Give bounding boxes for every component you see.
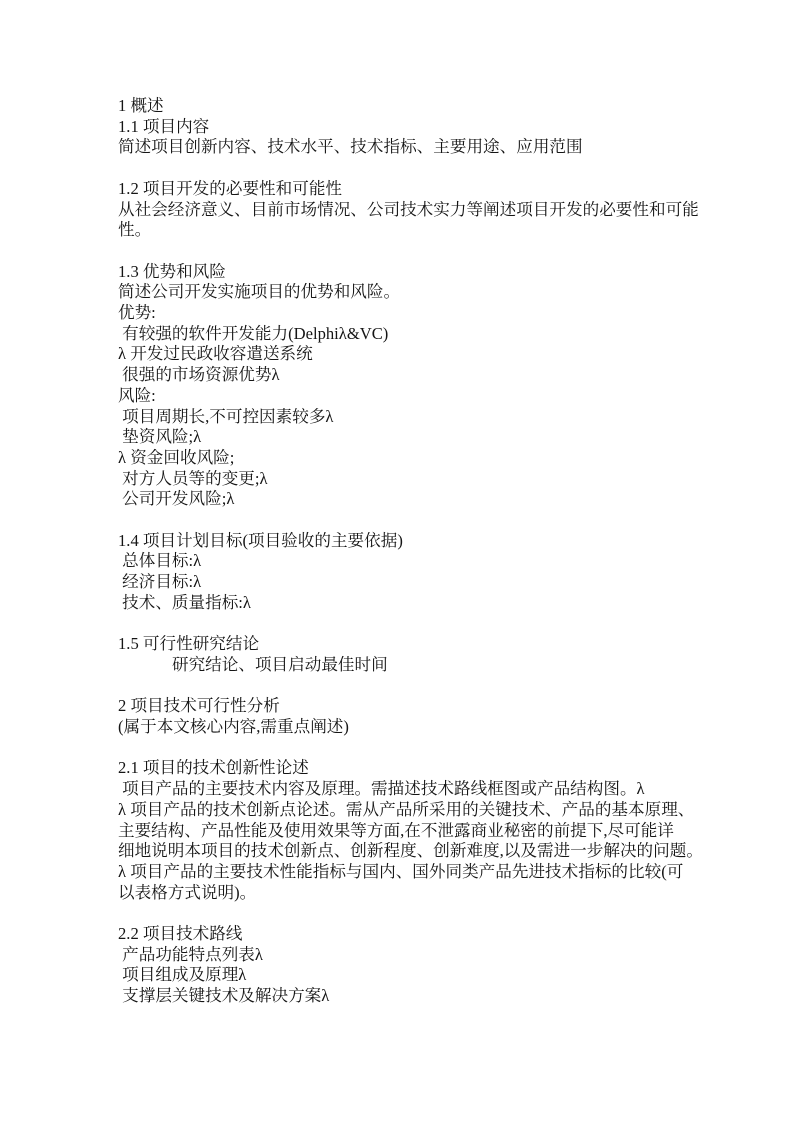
goal-item: 技术、质量指标:λ [118,593,758,614]
section-1-heading: 1 概述 [118,96,758,117]
doc-line: 研究结论、项目启动最佳时间 [118,655,758,676]
advantage-item: 有较强的软件开发能力(Delphiλ&VC) [118,324,758,345]
risk-item: λ 资金回收风险; [118,448,758,469]
document-content: 1 概述 1.1 项目内容 简述项目创新内容、技术水平、技术指标、主要用途、应用… [118,96,758,1007]
route-item: 产品功能特点列表λ [118,945,758,966]
doc-line: 简述公司开发实施项目的优势和风险。 [118,282,758,303]
doc-line: 项目产品的主要技术内容及原理。需描述技术路线框图或产品结构图。λ [118,779,758,800]
risk-item: 公司开发风险;λ [118,489,758,510]
doc-line: λ 项目产品的主要技术性能指标与国内、国外同类产品先进技术指标的比较(可 [118,862,758,883]
section-2-2-heading: 2.2 项目技术路线 [118,924,758,945]
blank-line [118,158,758,179]
blank-line [118,676,758,697]
blank-line [118,241,758,262]
goal-item: 经济目标:λ [118,572,758,593]
blank-line [118,510,758,531]
document-page: 1 概述 1.1 项目内容 简述项目创新内容、技术水平、技术指标、主要用途、应用… [0,0,793,1122]
section-2-1-heading: 2.1 项目的技术创新性论述 [118,758,758,779]
doc-line: 简述项目创新内容、技术水平、技术指标、主要用途、应用范围 [118,137,758,158]
route-item: 支撑层关键技术及解决方案λ [118,986,758,1007]
section-2-heading: 2 项目技术可行性分析 [118,696,758,717]
advantage-item: 很强的市场资源优势λ [118,365,758,386]
advantages-label: 优势: [118,303,758,324]
goal-item: 总体目标:λ [118,551,758,572]
blank-line [118,903,758,924]
doc-line: 以表格方式说明)。 [118,883,758,904]
doc-line: λ 项目产品的技术创新点论述。需从产品所采用的关键技术、产品的基本原理、 [118,800,758,821]
section-1-5-heading: 1.5 可行性研究结论 [118,634,758,655]
doc-line: 从社会经济意义、目前市场情况、公司技术实力等阐述项目开发的必要性和可能 [118,200,758,221]
blank-line [118,738,758,759]
route-item: 项目组成及原理λ [118,965,758,986]
risk-item: 对方人员等的变更;λ [118,469,758,490]
doc-line: (属于本文核心内容,需重点阐述) [118,717,758,738]
doc-line: 性。 [118,220,758,241]
doc-line: 主要结构、产品性能及使用效果等方面,在不泄露商业秘密的前提下,尽可能详 [118,821,758,842]
section-1-2-heading: 1.2 项目开发的必要性和可能性 [118,179,758,200]
blank-line [118,614,758,635]
risks-label: 风险: [118,386,758,407]
section-1-1-heading: 1.1 项目内容 [118,117,758,138]
risk-item: 垫资风险;λ [118,427,758,448]
risk-item: 项目周期长,不可控因素较多λ [118,407,758,428]
advantage-item: λ 开发过民政收容遣送系统 [118,344,758,365]
section-1-3-heading: 1.3 优势和风险 [118,262,758,283]
doc-line: 细地说明本项目的技术创新点、创新程度、创新难度,以及需进一步解决的问题。 [118,841,758,862]
section-1-4-heading: 1.4 项目计划目标(项目验收的主要依据) [118,531,758,552]
